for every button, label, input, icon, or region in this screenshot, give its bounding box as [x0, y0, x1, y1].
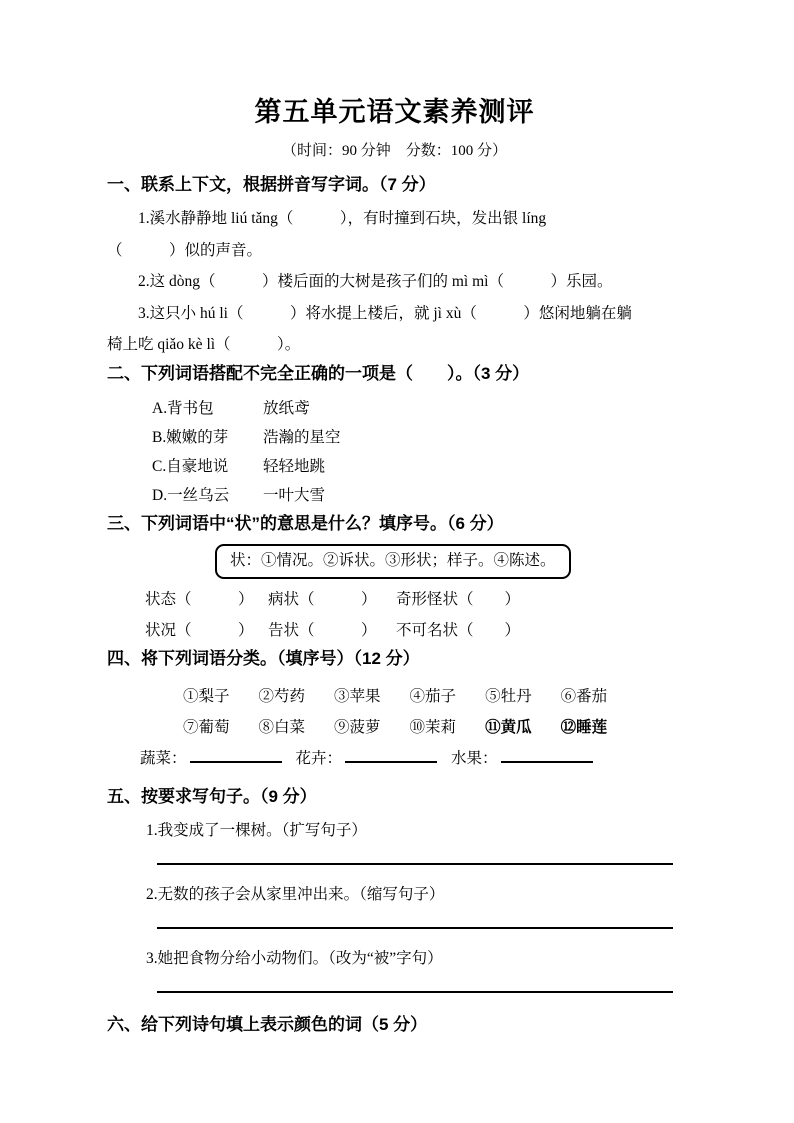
page-title: 第五单元语文素养测评 — [107, 97, 682, 127]
word-item: ⑫睡莲 — [561, 712, 608, 743]
fill-blank-item: 状况（ ） — [145, 615, 268, 646]
fill-blank-item: 奇形怪状（ ） — [396, 584, 520, 615]
section-6-heading: 六、给下列诗句填上表示颜色的词（5 分） — [107, 1014, 682, 1036]
question-line: 3.这只小 hú li（ ）将水提上楼后，就 jì xù（ ）悠闲地躺在躺 — [107, 298, 682, 330]
category-blank-line — [345, 750, 437, 763]
section-6-color-words: 六、给下列诗句填上表示颜色的词（5 分） — [107, 1014, 682, 1036]
word-list-row: ①梨子 ②芍药 ③苹果 ④茄子 ⑤牡丹 ⑥番茄 — [183, 681, 682, 712]
category-row: 蔬菜： 花卉： 水果： — [140, 743, 682, 774]
option-left: A.背书包 — [152, 394, 263, 423]
word-item: ①梨子 — [183, 681, 230, 712]
document-page: 第五单元语文素养测评 （时间：90 分钟 分数：100 分） 一、联系上下文，根… — [0, 0, 794, 1123]
fill-blank-item: 告状（ ） — [268, 615, 396, 646]
answer-line — [157, 863, 673, 865]
page-content: 第五单元语文素养测评 （时间：90 分钟 分数：100 分） 一、联系上下文，根… — [0, 0, 794, 1036]
section-4-word-classification: 四、将下列词语分类。（填序号）（12 分） ①梨子 ②芍药 ③苹果 ④茄子 ⑤牡… — [107, 648, 682, 774]
word-item: ②芍药 — [259, 681, 306, 712]
meaning-note-box: 状：①情况。②诉状。③形状；样子。④陈述。 — [215, 544, 571, 579]
section-3-heading: 三、下列词语中“状”的意思是什么？填序号。（6 分） — [107, 513, 682, 535]
section-1-heading: 一、联系上下文，根据拼音写字词。（7 分） — [107, 174, 682, 196]
fill-blank-item: 状态（ ） — [145, 584, 268, 615]
section-2-options: A.背书包 放纸鸢 B.嫩嫩的芽 浩瀚的星空 C.自豪地说 轻轻地跳 D.一丝乌… — [107, 394, 682, 510]
section-3-word-meaning: 三、下列词语中“状”的意思是什么？填序号。（6 分） 状：①情况。②诉状。③形状… — [107, 513, 682, 646]
word-item: ④茄子 — [410, 681, 457, 712]
fill-blank-item: 病状（ ） — [268, 584, 396, 615]
section-1-pinyin: 一、联系上下文，根据拼音写字词。（7 分） 1.溪水静静地 liú tǎng（ … — [107, 174, 682, 361]
category-fruits: 水果： — [451, 743, 593, 774]
word-item: ⑩茉莉 — [410, 712, 457, 743]
sentence-question: 3.她把食物分给小动物们。（改为“被”字句） — [146, 948, 682, 969]
sentence-question: 1.我变成了一棵树。（扩写句子） — [146, 820, 682, 841]
section-2-word-pairing: 二、下列词语搭配不完全正确的一项是（ ）。（3 分） A.背书包 放纸鸢 B.嫩… — [107, 363, 682, 510]
fill-blank-item: 不可名状（ ） — [396, 615, 520, 646]
category-blank-line — [190, 750, 282, 763]
option-c: C.自豪地说 轻轻地跳 — [152, 452, 682, 481]
question-line: 椅上吃 qiǎo kè lì（ ）。 — [107, 329, 682, 361]
section-5-heading: 五、按要求写句子。（9 分） — [107, 786, 682, 808]
option-left: D.一丝乌云 — [152, 481, 263, 510]
sentence-question: 2.无数的孩子会从家里冲出来。（缩写句子） — [146, 884, 682, 905]
option-d: D.一丝乌云 一叶大雪 — [152, 481, 682, 510]
category-vegetables: 蔬菜： — [140, 743, 282, 774]
option-right: 轻轻地跳 — [263, 452, 325, 481]
option-right: 放纸鸢 — [263, 394, 310, 423]
category-label: 水果： — [451, 743, 498, 774]
category-label: 蔬菜： — [140, 743, 187, 774]
fill-blank-row: 状态（ ） 病状（ ） 奇形怪状（ ） — [145, 584, 682, 615]
word-item: ⑥番茄 — [561, 681, 608, 712]
section-1-questions: 1.溪水静静地 liú tǎng（ ），有时撞到石块，发出银 líng （ ）似… — [107, 203, 682, 361]
answer-line — [157, 927, 673, 929]
question-line: 1.溪水静静地 liú tǎng（ ），有时撞到石块，发出银 líng — [107, 203, 682, 235]
section-4-word-lists: ①梨子 ②芍药 ③苹果 ④茄子 ⑤牡丹 ⑥番茄 ⑦葡萄 ⑧白菜 ⑨菠萝 ⑩茉莉 … — [107, 681, 682, 774]
section-2-heading: 二、下列词语搭配不完全正确的一项是（ ）。（3 分） — [107, 363, 682, 385]
answer-line — [157, 991, 673, 993]
word-list-row: ⑦葡萄 ⑧白菜 ⑨菠萝 ⑩茉莉 ⑪黄瓜 ⑫睡莲 — [183, 712, 682, 743]
question-line: （ ）似的声音。 — [107, 235, 682, 267]
section-5-sentence-writing: 五、按要求写句子。（9 分） 1.我变成了一棵树。（扩写句子） 2.无数的孩子会… — [107, 786, 682, 993]
exam-time-score-meta: （时间：90 分钟 分数：100 分） — [107, 142, 682, 160]
category-blank-line — [501, 750, 593, 763]
option-right: 一叶大雪 — [263, 481, 325, 510]
word-item: ⑧白菜 — [259, 712, 306, 743]
word-item: ⑨菠萝 — [334, 712, 381, 743]
option-right: 浩瀚的星空 — [263, 423, 341, 452]
option-a: A.背书包 放纸鸢 — [152, 394, 682, 423]
option-b: B.嫩嫩的芽 浩瀚的星空 — [152, 423, 682, 452]
category-flowers: 花卉： — [296, 743, 438, 774]
word-item: ⑤牡丹 — [485, 681, 532, 712]
word-item: ③苹果 — [334, 681, 381, 712]
option-left: C.自豪地说 — [152, 452, 263, 481]
word-item: ⑦葡萄 — [183, 712, 230, 743]
fill-blank-row: 状况（ ） 告状（ ） 不可名状（ ） — [145, 615, 682, 646]
question-line: 2.这 dòng（ ）楼后面的大树是孩子们的 mì mì（ ）乐园。 — [107, 266, 682, 298]
category-label: 花卉： — [296, 743, 343, 774]
word-item: ⑪黄瓜 — [485, 712, 532, 743]
section-3-questions: 状态（ ） 病状（ ） 奇形怪状（ ） 状况（ ） 告状（ ） 不可名状（ ） — [107, 584, 682, 646]
option-left: B.嫩嫩的芽 — [152, 423, 263, 452]
section-4-heading: 四、将下列词语分类。（填序号）（12 分） — [107, 648, 682, 670]
